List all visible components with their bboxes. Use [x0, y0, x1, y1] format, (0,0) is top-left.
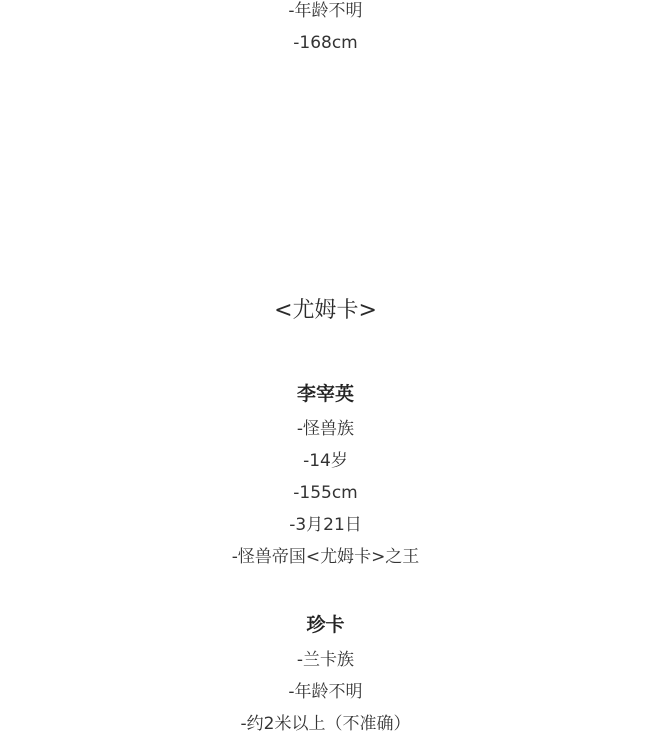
info-line-age: -14岁: [0, 450, 651, 472]
info-line-title: -怪兽帝国<尤姆卡>之王: [0, 546, 651, 568]
info-line-birthday: -3月21日: [0, 514, 651, 536]
info-line-race: -兰卡族: [0, 649, 651, 671]
info-line-height: -155cm: [0, 482, 651, 504]
info-line-race: -怪兽族: [0, 418, 651, 440]
character-name: 珍卡: [0, 613, 651, 637]
info-line-age: -年龄不明: [0, 0, 651, 22]
section-title: <尤姆卡>: [0, 297, 651, 325]
info-line-age: -年龄不明: [0, 681, 651, 703]
info-line-height: -约2米以上（不准确）: [0, 713, 651, 735]
info-line-height: -168cm: [0, 32, 651, 54]
character-name: 李宰英: [0, 382, 651, 406]
